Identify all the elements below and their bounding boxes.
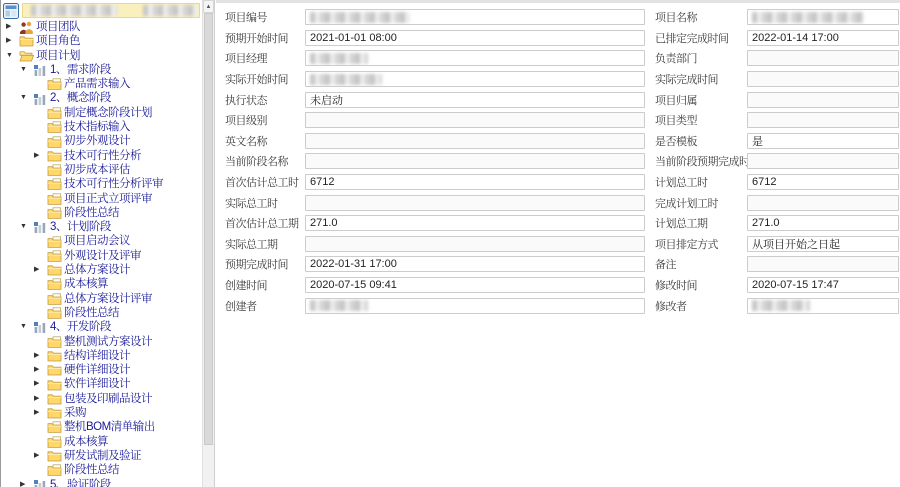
field-responsible-department[interactable] [747,50,899,66]
tree-item-task[interactable]: 阶段性总结 [1,206,202,220]
tree-expanded-arrow-icon[interactable]: ▼ [20,91,33,105]
project-tree-panel: ▶项目团队▶项目角色▼项目计划▼1、需求阶段产品需求输入▼2、概念阶段制定概念阶… [0,0,215,487]
tree-item-label: 4、开发阶段 [50,320,111,334]
task-icon [47,336,64,348]
label-modify-time: 修改时间 [655,277,747,293]
label-responsible-department: 负责部门 [655,50,747,66]
label-first-estimated-total-hours: 首次估计总工时 [225,174,305,190]
tree-item-task[interactable]: 成本核算 [1,435,202,449]
tree-collapsed-arrow-icon[interactable]: ▶ [34,392,47,406]
field-first-estimated-total-hours[interactable]: 6712 [305,174,645,190]
tree-item-label: 项目启动会议 [64,234,130,248]
tree-expanded-arrow-icon[interactable]: ▼ [20,220,33,234]
tree-collapsed-arrow-icon[interactable]: ▶ [34,149,47,163]
label-expected-finish-time: 预期完成时间 [225,256,305,272]
field-expected-start-time[interactable]: 2021-01-01 08:00 [305,30,645,46]
field-modify-time[interactable]: 2020-07-15 17:47 [747,277,899,293]
tree-item-folder[interactable]: ▶结构详细设计 [1,349,202,363]
tree-item-task[interactable]: 项目启动会议 [1,234,202,248]
label-planned-total-hours: 计划总工时 [655,174,747,190]
tree-item-label: 整机BOM清单输出 [64,420,155,434]
tree-collapsed-arrow-icon[interactable]: ▶ [6,20,19,34]
label-execution-status: 执行状态 [225,92,305,108]
tree-expanded-arrow-icon[interactable]: ▼ [20,63,33,77]
folder-icon [47,450,64,462]
field-current-phase-name[interactable] [305,153,645,169]
phase-icon [33,64,50,76]
folder-icon [19,35,36,47]
label-is-template: 是否模板 [655,133,747,149]
tree-item-folder[interactable]: ▶采购 [1,406,202,420]
tree-item-task[interactable]: 技术指标输入 [1,120,202,134]
tree-item-label: 产品需求输入 [64,77,130,91]
label-current-phase-expected-finish-time: 当前阶段预期完成时间 [655,153,747,169]
field-actual-total-duration[interactable] [305,236,645,252]
label-project-name: 项目名称 [655,9,747,25]
tree-item-label: 项目计划 [36,49,80,63]
tree-item-task[interactable]: 总体方案设计评审 [1,292,202,306]
field-first-estimated-total-duration[interactable]: 271.0 [305,215,645,231]
tree-collapsed-arrow-icon[interactable]: ▶ [6,34,19,48]
project-root-icon [3,3,22,19]
project-detail-form: 项目编号项目名称预期开始时间2021-01-01 08:00已排定完成时间202… [216,0,900,487]
task-icon [47,164,64,176]
tree-item-folder[interactable]: ▶硬件详细设计 [1,363,202,377]
task-icon [47,421,64,433]
label-project-type: 项目类型 [655,112,747,128]
tree-item-task[interactable]: 整机BOM清单输出 [1,420,202,434]
label-modifier: 修改者 [655,298,747,314]
phase-icon [33,321,50,333]
tree-item-folder[interactable]: ▶总体方案设计 [1,263,202,277]
label-project-scheduling-method: 项目排定方式 [655,236,747,252]
field-creator[interactable] [305,298,645,314]
label-project-affiliation: 项目归属 [655,92,747,108]
tree-expanded-arrow-icon[interactable]: ▼ [20,320,33,334]
tree-item-phase-3[interactable]: ▼3、计划阶段 [1,220,202,234]
field-project-manager[interactable] [305,50,645,66]
label-english-name: 英文名称 [225,133,305,149]
tree-item-folder[interactable]: ▶软件详细设计 [1,377,202,391]
folder-icon [47,364,64,376]
tree-collapsed-arrow-icon[interactable]: ▶ [34,349,47,363]
tree-item-task[interactable]: 制定概念阶段计划 [1,106,202,120]
folder-icon [47,407,64,419]
tree-collapsed-arrow-icon[interactable]: ▶ [34,377,47,391]
label-remark: 备注 [655,256,747,272]
task-icon [47,236,64,248]
tree-item-label: 初步成本评估 [64,163,130,177]
tree-item-label: 技术指标输入 [64,120,130,134]
tree-item-label: 技术可行性分析 [64,149,141,163]
field-project-type[interactable] [747,112,899,128]
label-actual-total-hours: 实际总工时 [225,195,305,211]
folder-icon [47,264,64,276]
app-window: ▶项目团队▶项目角色▼项目计划▼1、需求阶段产品需求输入▼2、概念阶段制定概念阶… [0,0,900,487]
label-actual-finish-time: 实际完成时间 [655,71,747,87]
task-icon [47,121,64,133]
tree-item-label: 1、需求阶段 [50,63,111,77]
field-create-time[interactable]: 2020-07-15 09:41 [305,277,645,293]
scrollbar-thumb[interactable] [204,13,213,445]
field-scheduled-finish-time[interactable]: 2022-01-14 17:00 [747,30,899,46]
tree-item-label: 采购 [64,406,86,420]
label-create-time: 创建时间 [225,277,305,293]
tree-item-label: 硬件详细设计 [64,363,130,377]
label-scheduled-finish-time: 已排定完成时间 [655,30,747,46]
task-icon [47,78,64,90]
redacted-text [31,5,117,16]
tree-item-root[interactable] [3,2,202,19]
label-project-level: 项目级别 [225,112,305,128]
tree-item-label: 项目正式立项评审 [64,192,152,206]
tree-item-label: 项目团队 [36,20,80,34]
redacted-text [752,12,864,23]
tree-item-label: 制定概念阶段计划 [64,106,152,120]
scroll-up-icon[interactable]: ▲ [203,0,214,13]
tree-item-label: 技术可行性分析评审 [64,177,163,191]
field-project-affiliation[interactable] [747,92,899,108]
task-icon [47,293,64,305]
tree-item-phase-4[interactable]: ▼4、开发阶段 [1,320,202,334]
tree-item-task[interactable]: 阶段性总结 [1,463,202,477]
task-icon [47,193,64,205]
folder-icon [47,150,64,162]
tree-item-label: 总体方案设计评审 [64,292,152,306]
tree-item-task[interactable]: 成本核算 [1,277,202,291]
task-icon [47,250,64,262]
folder-open-icon [19,50,36,62]
field-project-level[interactable] [305,112,645,128]
project-tree: ▶项目团队▶项目角色▼项目计划▼1、需求阶段产品需求输入▼2、概念阶段制定概念阶… [1,0,202,487]
label-first-estimated-total-duration: 首次估计总工期 [225,215,305,231]
tree-item-label: 2、概念阶段 [50,91,111,105]
tree-item-project-plan[interactable]: ▼项目计划 [1,49,202,63]
task-icon [47,207,64,219]
tree-item-label: 软件详细设计 [64,377,130,391]
tree-item-task[interactable]: 产品需求输入 [1,77,202,91]
tree-scrollbar[interactable]: ▲ [202,0,214,487]
tree-collapsed-arrow-icon[interactable]: ▶ [34,363,47,377]
field-planned-total-duration[interactable]: 271.0 [747,215,899,231]
phase-icon [33,93,50,105]
tree-item-label: 初步外观设计 [64,134,130,148]
label-project-number: 项目编号 [225,9,305,25]
field-project-scheduling-method[interactable]: 从项目开始之日起 [747,236,899,252]
tree-item-label: 阶段性总结 [64,206,119,220]
label-completed-planned-hours: 完成计划工时 [655,195,747,211]
folder-icon [47,350,64,362]
field-modifier[interactable] [747,298,899,314]
tree-item-phase-5[interactable]: ▶5、验证阶段 [1,478,202,487]
tree-item-label: 项目角色 [36,34,80,48]
task-icon [47,278,64,290]
redacted-text [310,53,368,64]
tree-item-project-team[interactable]: ▶项目团队 [1,20,202,34]
field-remark[interactable] [747,256,899,272]
task-icon [47,307,64,319]
tree-item-label: 成本核算 [64,435,108,449]
task-icon [47,178,64,190]
field-project-name[interactable] [747,9,899,25]
tree-item-task[interactable]: 外观设计及评审 [1,249,202,263]
team-icon [19,21,36,34]
tree-item-task[interactable]: 初步外观设计 [1,134,202,148]
tree-item-label: 整机测试方案设计 [64,335,152,349]
label-actual-total-duration: 实际总工期 [225,236,305,252]
field-english-name[interactable] [305,133,645,149]
field-is-template[interactable]: 是 [747,133,899,149]
tree-item-label: 成本核算 [64,277,108,291]
redacted-text [143,5,197,16]
field-planned-total-hours[interactable]: 6712 [747,174,899,190]
task-icon [47,136,64,148]
tree-collapsed-arrow-icon[interactable]: ▶ [34,406,47,420]
tree-item-task[interactable]: 初步成本评估 [1,163,202,177]
tree-item-task[interactable]: 技术可行性分析评审 [1,177,202,191]
field-expected-finish-time[interactable]: 2022-01-31 17:00 [305,256,645,272]
tree-item-label: 结构详细设计 [64,349,130,363]
tree-expanded-arrow-icon[interactable]: ▼ [6,49,19,63]
tree-item-label: 总体方案设计 [64,263,130,277]
field-current-phase-expected-finish-time[interactable] [747,153,899,169]
redacted-text [310,300,368,311]
redacted-text [310,74,382,85]
tree-item-folder[interactable]: ▶研发试制及验证 [1,449,202,463]
tree-item-label: 3、计划阶段 [50,220,111,234]
tree-item-label: 阶段性总结 [64,463,119,477]
task-icon [47,436,64,448]
task-icon [47,464,64,476]
redacted-text [752,300,810,311]
tree-item-task[interactable]: 阶段性总结 [1,306,202,320]
tree-item-phase-2[interactable]: ▼2、概念阶段 [1,91,202,105]
form-top-divider [216,0,900,3]
tree-item-label: 研发试制及验证 [64,449,141,463]
tree-item-label: 阶段性总结 [64,306,119,320]
field-project-number[interactable] [305,9,645,25]
label-actual-start-time: 实际开始时间 [225,71,305,87]
field-completed-planned-hours[interactable] [747,195,899,211]
tree-collapsed-arrow-icon[interactable]: ▶ [34,263,47,277]
label-creator: 创建者 [225,298,305,314]
label-project-manager: 项目经理 [225,50,305,66]
label-planned-total-duration: 计划总工期 [655,215,747,231]
tree-item-label: 外观设计及评审 [64,249,141,263]
tree-item-task[interactable]: 整机测试方案设计 [1,335,202,349]
selected-row-highlight [22,3,200,18]
field-actual-finish-time[interactable] [747,71,899,87]
tree-item-phase-1[interactable]: ▼1、需求阶段 [1,63,202,77]
tree-item-folder[interactable]: ▶技术可行性分析 [1,149,202,163]
phase-icon [33,221,50,233]
field-actual-total-hours[interactable] [305,195,645,211]
field-actual-start-time[interactable] [305,71,645,87]
tree-item-task[interactable]: 项目正式立项评审 [1,192,202,206]
task-icon [47,107,64,119]
phase-icon [33,479,50,487]
tree-item-project-roles[interactable]: ▶项目角色 [1,34,202,48]
label-current-phase-name: 当前阶段名称 [225,153,305,169]
form-grid: 项目编号项目名称预期开始时间2021-01-01 08:00已排定完成时间202… [225,7,900,316]
label-expected-start-time: 预期开始时间 [225,30,305,46]
tree-collapsed-arrow-icon[interactable]: ▶ [20,478,33,487]
tree-collapsed-arrow-icon[interactable]: ▶ [34,449,47,463]
tree-item-label: 5、验证阶段 [50,478,111,487]
folder-icon [47,379,64,391]
folder-icon [47,393,64,405]
redacted-text [310,12,410,23]
field-execution-status[interactable]: 未启动 [305,92,645,108]
tree-item-folder[interactable]: ▶包装及印刷品设计 [1,392,202,406]
tree-item-label: 包装及印刷品设计 [64,392,152,406]
